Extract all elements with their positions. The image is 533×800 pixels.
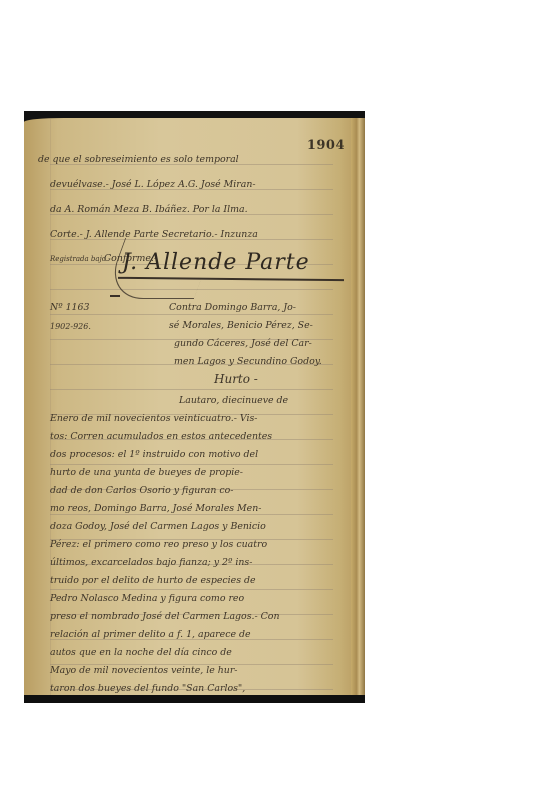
body-line: Enero de mil novecientos veinticuatro.- …: [50, 414, 257, 423]
parties-line: men Lagos y Secundino Godoy.: [174, 357, 322, 366]
paper-page: 1904 de que el sobreseimiento es solo te…: [24, 118, 365, 696]
body-line: doza Godoy, José del Carmen Lagos y Beni…: [50, 522, 266, 531]
body-line: dad de don Carlos Osorio y figuran co-: [50, 486, 233, 495]
case-reference: 1902-926.: [50, 323, 91, 331]
parties-line: sé Morales, Benicio Pérez, Se-: [169, 321, 313, 330]
body-line: taron dos bueyes del fundo "San Carlos",: [50, 684, 245, 693]
body-line: preso el nombrado José del Carmen Lagos.…: [50, 612, 280, 621]
handwritten-line: da A. Román Meza B. Ibáñez. Por la Ilma.: [50, 205, 248, 214]
handwritten-line: devuélvase.- José L. López A.G. José Mir…: [50, 180, 256, 189]
ruled-line: [50, 314, 333, 315]
book-gutter: [351, 118, 365, 696]
ruled-line: [50, 464, 333, 465]
parties-line: Contra Domingo Barra, Jo-: [169, 303, 296, 312]
body-line: últimos, excarcelados bajo fianza; y 2º …: [50, 558, 252, 567]
body-line: autos que en la noche del día cinco de: [50, 648, 232, 657]
signature: J. Allende Parte: [122, 250, 310, 275]
ruled-line: [50, 514, 333, 515]
bottom-shadow: [24, 695, 365, 703]
body-line: mo reos, Domingo Barra, José Morales Men…: [50, 504, 261, 513]
body-line: tos: Corren acumulados en estos antecede…: [50, 432, 272, 441]
ruled-line: [50, 389, 333, 390]
ledger-page-scan: 1904 de que el sobreseimiento es solo te…: [24, 111, 365, 703]
body-line: Lautaro, diecinueve de: [179, 396, 288, 405]
page-number: 1904: [307, 138, 345, 153]
body-line: relación al primer delito a f. 1, aparec…: [50, 630, 251, 639]
parties-line: gundo Cáceres, José del Car-: [174, 339, 312, 348]
body-line: dos procesos: el 1º instruido con motivo…: [50, 450, 258, 459]
registry-note: Registrada bajo -: [50, 256, 111, 263]
body-line: hurto de una yunta de bueyes de propie-: [50, 468, 243, 477]
separator-dash: [110, 295, 120, 297]
case-subject: Hurto -: [214, 373, 258, 385]
case-number: Nº 1163: [50, 303, 89, 312]
ruled-line: [50, 589, 333, 590]
body-line: Mayo de mil novecientos veinte, le hur-: [50, 666, 237, 675]
handwritten-line: de que el sobreseimiento es solo tempora…: [38, 155, 239, 164]
body-line: truido por el delito de hurto de especie…: [50, 576, 256, 585]
body-line: Pedro Nolasco Medina y figura como reo: [50, 594, 244, 603]
body-line: Pérez: el primero como reo preso y los c…: [50, 540, 267, 549]
